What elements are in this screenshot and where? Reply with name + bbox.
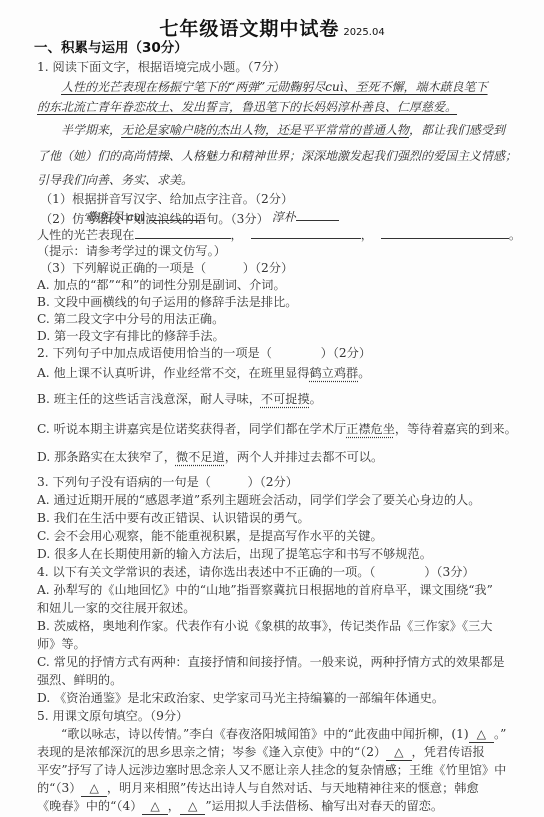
q1-sub1: （1）根据拼音写汉字、给加点字注音。（2分） xyxy=(40,191,293,207)
text: 的“（3） xyxy=(37,781,81,795)
text: D. 那条路实在太狭窄了， xyxy=(37,450,176,464)
dotted-idiom: 微不足道 xyxy=(176,450,225,464)
text: ，都让我们感受到 xyxy=(409,123,505,137)
q5-line2: 表现的是浓郁深沉的思乡思亲之情；岑参《逢入京使》中的“（2）△，凭君传语报 xyxy=(37,744,485,761)
q2-option-a: A. 他上课不认真听讲，作业经常不交，在班里显得鹤立鸡群。 xyxy=(37,365,370,381)
text: ， xyxy=(168,799,180,813)
answer-blank-1[interactable]: △ xyxy=(469,726,494,743)
q3-option-c: C. 会不会用心观察，能不能重视积累，是提高写作水平的关键。 xyxy=(37,528,383,544)
text: 。 xyxy=(358,366,370,380)
q4-option-a-line1: A. 孙犁写的《山地回忆》中的“山地”指晋察冀抗日根据地的首府阜平，课文围绕“我… xyxy=(37,582,493,598)
q3-option-d: D. 很多人在长期使用新的输入方法后，出现了提笔忘字和书写不够规范。 xyxy=(37,546,432,562)
q1-prompt: 1. 阅读下面文字，根据语境完成小题。（7分） xyxy=(37,59,286,75)
text: 人性的光芒表现在 xyxy=(37,228,135,242)
q4-option-c-line1: C. 常见的抒情方式有两种：直接抒情和间接抒情。一般来说，两种抒情方式的效果都是 xyxy=(37,654,505,670)
page-title: 七年级语文期中试卷2025.04 xyxy=(0,14,544,41)
text: “歌以咏志，诗以传情。”李白《春夜洛阳城闻笛》中的“此夜曲中闻折柳，(1) xyxy=(61,727,469,741)
q4-option-b-line1: B. 茨威格，奥地利作家。代表作有小说《象棋的故事》，传记类作品《三作家》《三大 xyxy=(37,618,492,634)
q1-sub2-stem: 人性的光芒表现在，，。 xyxy=(37,226,521,243)
q4-prompt: 4. 以下有关文学常识的表述，请你选出表述中不正确的一项。（ ）（3分） xyxy=(37,564,475,580)
dotted-idiom: 不可捉摸 xyxy=(261,392,310,406)
underlined-sentence: 无论是家喻户晓的杰出人物，还是平平常常的普通人物 xyxy=(121,123,409,137)
answer-blank[interactable] xyxy=(135,226,231,239)
q1-sub2: （2）仿写语段中划波浪线的语句。（3分） xyxy=(40,211,269,227)
text: ，凭君传语报 xyxy=(412,745,485,759)
q1-para2-line3: 引导我们向善、务实、求美。 xyxy=(37,172,193,188)
q1-sub3-option-c: C. 第二段文字中分号的用法正确。 xyxy=(37,311,224,327)
q1-sub3-option-d: D. 第一段文字有排比的修辞手法。 xyxy=(37,328,225,344)
answer-blank-2[interactable]: △ xyxy=(386,744,411,761)
text: ，等待着嘉宾的到来。 xyxy=(395,422,517,436)
q1-sub3-option-b: B. 文段中画横线的句子运用的修辞手法是排比。 xyxy=(37,294,297,310)
text: C. 听说本期主讲嘉宾是位诺奖获得者，同学们都在学术厅 xyxy=(37,422,346,436)
text: A. 他上课不认真听讲，作业经常不交，在班里显得 xyxy=(37,366,310,380)
q2-prompt: 2. 下列句子中加点成语使用恰当的一项是（ ）（2分） xyxy=(37,345,371,361)
answer-blank[interactable] xyxy=(296,208,339,221)
exam-title: 七年级语文期中试卷 xyxy=(159,18,339,40)
text: 。 xyxy=(310,392,322,406)
text: ”运用拟人手法借杨、榆写出对春天的留恋。 xyxy=(205,799,443,813)
q5-prompt: 5. 用课文原句填空。（9分） xyxy=(37,708,188,724)
dotted-idiom: 鹤立鸡群 xyxy=(310,366,359,380)
text: ，两个人并排过去都不可以。 xyxy=(225,450,383,464)
q3-option-a: A. 通过近期开展的“感恩孝道”系列主题班会活动，同学们学会了要关心身边的人。 xyxy=(37,492,480,508)
q5-line1: “歌以咏志，诗以传情。”李白《春夜洛阳城闻笛》中的“此夜曲中闻折柳，(1)△。” xyxy=(61,726,506,743)
q2-option-c: C. 听说本期主讲嘉宾是位诺奖获得者，同学们都在学术厅正襟危坐，等待着嘉宾的到来… xyxy=(37,421,517,437)
q4-option-d: D. 《资治通鉴》是北宋政治家、史学家司马光主持编纂的一部编年体通史。 xyxy=(37,690,444,706)
answer-blank-3[interactable]: △ xyxy=(81,780,106,797)
section-heading: 一、积累与运用（30分） xyxy=(34,40,188,56)
q1-para2-line1: 半学期来，无论是家喻户晓的杰出人物，还是平平常常的普通人物，都让我们感受到 xyxy=(61,122,505,138)
q4-option-c-line2: 强烈、鲜明的。 xyxy=(37,672,122,688)
q4-option-b-line2: 师》等。 xyxy=(37,636,86,652)
q1-sub2-hint: （提示：请参考学过的课文仿写。） xyxy=(37,243,226,259)
text: 《晚春》中的“（4） xyxy=(37,799,142,813)
answer-blank[interactable] xyxy=(381,226,509,239)
q1-para2-line2: 了他（她）们的高尚情操、人格魅力和精神世界；深深地激发起我们强烈的爱国主义情感； xyxy=(37,148,517,164)
answer-blank[interactable] xyxy=(251,226,361,239)
q5-line5: 《晚春》中的“（4）△，△”运用拟人手法借杨、榆写出对春天的留恋。 xyxy=(37,798,443,815)
text: B. 班主任的这些话言浅意深，耐人寻味， xyxy=(37,392,261,406)
text: ，明月来相照”传达出诗人与自然对话、与天地精神往来的惬意；韩愈 xyxy=(107,781,479,795)
answer-blank-4b[interactable]: △ xyxy=(180,798,205,815)
q5-line4: 的“（3）△，明月来相照”传达出诗人与自然对话、与天地精神往来的惬意；韩愈 xyxy=(37,780,479,797)
q1-para1-line1: 人性的光芒表现在杨振宁笔下的“两弹”元勋鞠躬尽cuì、至死不懈，端木蕻良笔下 xyxy=(61,79,488,95)
q1-para1-line2: 的东北流亡青年眷恋故土、发出誓言，鲁迅笔下的长妈妈淳朴善良、仁厚慈爱。 xyxy=(37,99,457,115)
text: 半学期来， xyxy=(61,123,121,137)
answer-blank-4a[interactable]: △ xyxy=(142,798,167,815)
text: 表现的是浓郁深沉的思乡思亲之情；岑参《逢入京使》中的“（2） xyxy=(37,745,386,759)
dotted-char-item: 淳朴 xyxy=(272,210,296,224)
q5-line3: 平安”抒写了诗人远涉边塞时思念亲人又不愿让亲人挂念的复杂情感；王维《竹里馆》中 xyxy=(37,762,506,778)
text: 。” xyxy=(494,727,506,741)
q2-option-b: B. 班主任的这些话言浅意深，耐人寻味，不可捉摸。 xyxy=(37,391,322,407)
q3-option-b: B. 我们在生活中要有改正错误、认识错误的勇气。 xyxy=(37,510,310,526)
dotted-idiom: 正襟危坐 xyxy=(346,422,395,436)
q4-option-a-line2: 和妞儿一家的交往展开叙述。 xyxy=(37,600,195,616)
q2-option-d: D. 那条路实在太狭窄了，微不足道，两个人并排过去都不可以。 xyxy=(37,449,383,465)
q1-sub3-option-a: A. 加点的“都”“和”的词性分别是副词、介词。 xyxy=(37,277,286,293)
exam-date: 2025.04 xyxy=(343,27,384,38)
q3-prompt: 3. 下列句子没有语病的一句是（ ）（2分） xyxy=(37,474,298,490)
exam-page: 七年级语文期中试卷2025.04 一、积累与运用（30分） 1. 阅读下面文字，… xyxy=(0,0,544,817)
q1-sub3: （3）下列解说正确的一项是（ ）（2分） xyxy=(40,260,293,276)
